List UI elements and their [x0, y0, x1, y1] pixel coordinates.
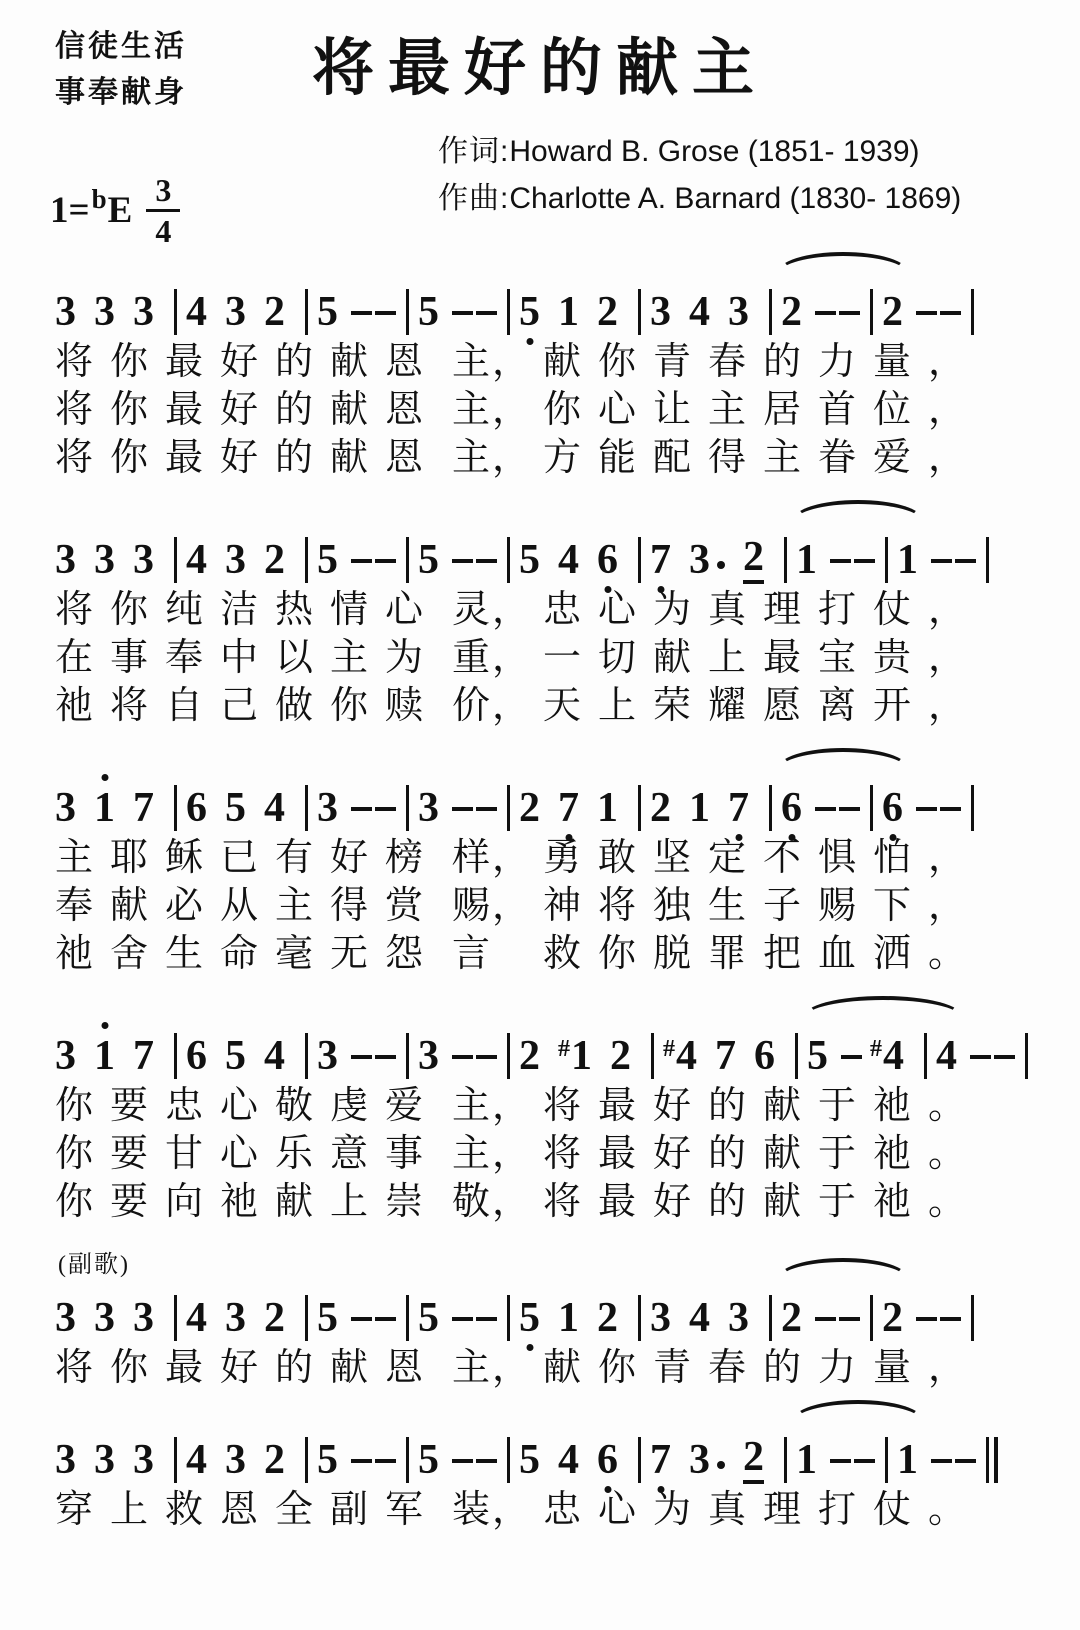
- barline: [795, 1033, 798, 1079]
- note: 1: [94, 1035, 115, 1077]
- barline: [769, 289, 772, 335]
- hymn-sheet-page: 信徒生活 事奉献身 将最好的献主 作词:Howard B. Grose (185…: [0, 0, 1080, 1630]
- lyric-row: 将你最好的献恩主，献你青春的力量，: [0, 1344, 1080, 1392]
- duration-dash: [375, 807, 396, 811]
- note: 1: [94, 787, 115, 829]
- note: 7: [650, 539, 671, 581]
- duration-dash: [452, 1055, 473, 1059]
- lyric-row: 你要甘心乐意事主，将最好的献于祂。: [0, 1130, 1080, 1178]
- barline: [406, 1437, 409, 1483]
- barline: [174, 537, 177, 583]
- lyrics-block: 将你纯洁热情心灵，忠心为真理打仗，在事奉中以主为重，一切献上最宝贵，祂将自己做你…: [0, 586, 1080, 730]
- lyric-cell: 将最好的献于祂。: [543, 1082, 983, 1130]
- lyric-cell: 方能配得主眷爱，: [543, 434, 983, 482]
- duration-dash: [931, 1459, 952, 1463]
- note: 5: [519, 291, 540, 333]
- duration-dash: [815, 1317, 836, 1321]
- barline: [507, 537, 510, 583]
- note: 3: [418, 1035, 439, 1077]
- note: 6: [186, 787, 207, 829]
- note: 2: [264, 1297, 285, 1339]
- lyric-cell: 忠心为真理打仗。: [543, 1486, 983, 1534]
- duration-dash: [452, 559, 473, 563]
- lyric-row: 将你最好的献恩主，方能配得主眷爱，: [0, 434, 1080, 482]
- lyricist-line: 作词:Howard B. Grose (1851- 1939): [438, 128, 961, 175]
- duration-dash: [970, 1055, 991, 1059]
- note: 1: [558, 1297, 579, 1339]
- barline: [406, 1033, 409, 1079]
- note: 3: [94, 291, 115, 333]
- note: 2: [882, 291, 903, 333]
- score: 3334325551234322将你最好的献恩主，献你青春的力量，将你最好的献恩…: [0, 252, 1080, 1534]
- lyric-cell: 神将独生子赐下，: [543, 882, 983, 930]
- barline: [174, 785, 177, 831]
- note: 3: [55, 1035, 76, 1077]
- note: 6: [597, 539, 618, 581]
- barline: [406, 785, 409, 831]
- barline: [174, 1295, 177, 1341]
- note: 7: [133, 1035, 154, 1077]
- barline: [638, 289, 641, 335]
- note: 3: [55, 1297, 76, 1339]
- lyric-cell: 价，: [452, 682, 532, 730]
- music-line: 3334325551234322: [55, 252, 1080, 338]
- lyric-cell: 主，: [452, 338, 532, 386]
- lyric-cell: 你要甘心乐意事: [55, 1130, 440, 1178]
- lyrics-block: 将你最好的献恩主，献你青春的力量，将你最好的献恩主，你心让主居首位，将你最好的献…: [0, 338, 1080, 482]
- composer-line: 作曲:Charlotte A. Barnard (1830- 1869): [438, 175, 961, 222]
- lyric-cell: 穿上救恩全副军: [55, 1486, 440, 1534]
- duration-dash: [815, 311, 836, 315]
- sharp-icon: #: [663, 1036, 675, 1062]
- note: 5: [317, 1297, 338, 1339]
- duration-dash: [452, 1459, 473, 1463]
- note: 6: [882, 787, 903, 829]
- tie-arc: [777, 748, 909, 790]
- lyricist-name: Howard B. Grose (1851- 1939): [509, 135, 919, 168]
- note: 2: [743, 1436, 764, 1484]
- category-line-1: 信徒生活: [55, 24, 187, 70]
- barline: [406, 537, 409, 583]
- barline: [784, 1437, 787, 1483]
- note: 3: [317, 1035, 338, 1077]
- note: 3: [94, 1439, 115, 1481]
- score-section: 317654332#12#4765#44你要忠心敬虔爱主，将最好的献于祂。你要甘…: [0, 996, 1080, 1226]
- lyric-cell: 祂舍生命毫无怨: [55, 930, 440, 978]
- duration-dash: [351, 559, 372, 563]
- barline: [870, 785, 873, 831]
- barline: [406, 1295, 409, 1341]
- duration-dash: [351, 311, 372, 315]
- note: 3: [133, 1439, 154, 1481]
- lyric-row: 你要忠心敬虔爱主，将最好的献于祂。: [0, 1082, 1080, 1130]
- note: 5: [225, 1035, 246, 1077]
- flat-accidental: b: [92, 184, 107, 215]
- composer-name: Charlotte A. Barnard (1830- 1869): [509, 182, 961, 215]
- lyric-cell: 在事奉中以主为: [55, 634, 440, 682]
- note: #4: [663, 1035, 697, 1077]
- key-signature: 1=bE 3 4: [50, 172, 180, 249]
- duration-dash: [476, 559, 497, 563]
- note: 6: [781, 787, 802, 829]
- lyrics-block: 将你最好的献恩主，献你青春的力量，: [0, 1344, 1080, 1392]
- barline: [507, 1437, 510, 1483]
- lyric-cell: 将你最好的献恩: [55, 386, 440, 434]
- note: 1: [897, 539, 918, 581]
- lyrics-block: 穿上救恩全副军装，忠心为真理打仗。: [0, 1486, 1080, 1534]
- lyric-row: 将你纯洁热情心灵，忠心为真理打仗，: [0, 586, 1080, 634]
- note: 3: [94, 539, 115, 581]
- duration-dash: [854, 1459, 875, 1463]
- duration-dash: [375, 1317, 396, 1321]
- note: 5: [418, 539, 439, 581]
- lyric-row: 在事奉中以主为重，一切献上最宝贵，: [0, 634, 1080, 682]
- note: 3: [55, 291, 76, 333]
- barline: [305, 1295, 308, 1341]
- note: 3: [55, 787, 76, 829]
- time-signature-numerator: 3: [146, 172, 180, 212]
- note: 7: [650, 1439, 671, 1481]
- barline: [305, 289, 308, 335]
- note: 6: [186, 1035, 207, 1077]
- lyric-cell: 一切献上最宝贵，: [543, 634, 983, 682]
- note: 3: [317, 787, 338, 829]
- note: 5: [317, 291, 338, 333]
- note: 3: [650, 1297, 671, 1339]
- lyric-cell: 装，: [452, 1486, 532, 1534]
- duration-dash: [351, 807, 372, 811]
- note: 5: [317, 1439, 338, 1481]
- note: 2: [882, 1297, 903, 1339]
- duration-dash: [476, 1055, 497, 1059]
- lyric-cell: 将你最好的献恩: [55, 338, 440, 386]
- lyric-cell: 将你纯洁热情心: [55, 586, 440, 634]
- barline: [174, 1437, 177, 1483]
- music-line: 3334325554673211: [55, 500, 1080, 586]
- lyric-cell: 样，: [452, 834, 532, 882]
- barline: [971, 1295, 974, 1341]
- duration-dash: [375, 559, 396, 563]
- lyric-cell: 将最好的献于祂。: [543, 1130, 983, 1178]
- composer-label: 作曲:: [438, 182, 509, 215]
- music-line: 3334325551234322: [55, 1258, 1080, 1344]
- lyric-cell: 主，: [452, 1130, 532, 1178]
- note: 3: [133, 291, 154, 333]
- duration-dash: [815, 807, 836, 811]
- lyrics-block: 主耶稣已有好榜样，勇敢坚定不惧怕，奉献必从主得赏赐，神将独生子赐下，祂舍生命毫无…: [0, 834, 1080, 978]
- music-line: 3176543327121766: [55, 748, 1080, 834]
- note: 4: [186, 539, 207, 581]
- duration-dash: [841, 1055, 862, 1059]
- note: 2: [610, 1035, 631, 1077]
- note: 4: [186, 291, 207, 333]
- note: 5: [807, 1035, 828, 1077]
- note: 1: [558, 291, 579, 333]
- tie-arc: [777, 1258, 909, 1300]
- lyric-row: 将你最好的献恩主，你心让主居首位，: [0, 386, 1080, 434]
- lyric-cell: 你心让主居首位，: [543, 386, 983, 434]
- tie-arc: [777, 252, 909, 294]
- barline: [769, 785, 772, 831]
- duration-dash: [351, 1317, 372, 1321]
- lyric-row: 祂舍生命毫无怨言救你脱罪把血洒。: [0, 930, 1080, 978]
- note: 1: [597, 787, 618, 829]
- note: 4: [558, 539, 579, 581]
- barline: [870, 289, 873, 335]
- note: 4: [689, 291, 710, 333]
- score-section: 3334325551234322将你最好的献恩主，献你青春的力量，将你最好的献恩…: [0, 252, 1080, 482]
- barline: [507, 785, 510, 831]
- note: 1: [796, 1439, 817, 1481]
- key-note: E: [108, 189, 133, 232]
- barline: [986, 537, 989, 583]
- score-section: 3334325554673211穿上救恩全副军装，忠心为真理打仗。: [0, 1400, 1080, 1534]
- duration-dash: [940, 807, 961, 811]
- lyric-row: 主耶稣已有好榜样，勇敢坚定不惧怕，: [0, 834, 1080, 882]
- barline: [406, 289, 409, 335]
- barline: [638, 537, 641, 583]
- sharp-icon: #: [558, 1036, 570, 1062]
- note: 3: [650, 291, 671, 333]
- lyric-cell: 你要忠心敬虔爱: [55, 1082, 440, 1130]
- note: 2: [264, 539, 285, 581]
- note: 1: [689, 787, 710, 829]
- note: 2: [597, 291, 618, 333]
- lyric-cell: 赐，: [452, 882, 532, 930]
- duration-dash: [994, 1055, 1015, 1059]
- note: 5: [519, 1297, 540, 1339]
- note: 3: [728, 1297, 749, 1339]
- credits-block: 作词:Howard B. Grose (1851- 1939) 作曲:Charl…: [438, 128, 961, 222]
- note: 7: [133, 787, 154, 829]
- duration-dash: [476, 1317, 497, 1321]
- lyric-cell: 言: [452, 930, 492, 978]
- barline: [507, 1033, 510, 1079]
- score-section: 3334325554673211将你纯洁热情心灵，忠心为真理打仗，在事奉中以主为…: [0, 500, 1080, 730]
- augmentation-dot: [717, 1461, 725, 1469]
- note: 7: [715, 1035, 736, 1077]
- note: 3: [94, 1297, 115, 1339]
- note: #1: [558, 1035, 592, 1077]
- duration-dash: [955, 559, 976, 563]
- music-line: 3334325554673211: [55, 1400, 1080, 1486]
- note: 3: [55, 1439, 76, 1481]
- note: 3: [133, 539, 154, 581]
- barline: [885, 537, 888, 583]
- note: 4: [936, 1035, 957, 1077]
- final-barline: [986, 1437, 998, 1483]
- lyrics-block: 你要忠心敬虔爱主，将最好的献于祂。你要甘心乐意事主，将最好的献于祂。你要向祂献上…: [0, 1082, 1080, 1226]
- lyric-row: 奉献必从主得赏赐，神将独生子赐下，: [0, 882, 1080, 930]
- sharp-icon: #: [870, 1036, 882, 1062]
- barline: [870, 1295, 873, 1341]
- duration-dash: [940, 311, 961, 315]
- time-signature: 3 4: [146, 172, 180, 249]
- barline: [651, 1033, 654, 1079]
- duration-dash: [830, 559, 851, 563]
- note: 5: [418, 1297, 439, 1339]
- barline: [924, 1033, 927, 1079]
- duration-dash: [351, 1055, 372, 1059]
- lyric-cell: 将你最好的献恩: [55, 434, 440, 482]
- note: 3: [728, 291, 749, 333]
- barline: [174, 289, 177, 335]
- lyric-cell: 主，: [452, 386, 532, 434]
- note: 2: [743, 536, 764, 584]
- duration-dash: [955, 1459, 976, 1463]
- barline: [638, 1295, 641, 1341]
- duration-dash: [916, 311, 937, 315]
- duration-dash: [375, 1459, 396, 1463]
- lyric-cell: 救你脱罪把血洒。: [543, 930, 983, 978]
- note: 3: [133, 1297, 154, 1339]
- sheet-header: 信徒生活 事奉献身 将最好的献主 作词:Howard B. Grose (185…: [0, 0, 1080, 252]
- note: 5: [418, 291, 439, 333]
- lyric-row: 将你最好的献恩主，献你青春的力量，: [0, 338, 1080, 386]
- lyric-cell: 勇敢坚定不惧怕，: [543, 834, 983, 882]
- barline: [507, 289, 510, 335]
- barline: [885, 1437, 888, 1483]
- lyric-cell: 将最好的献于祂。: [543, 1178, 983, 1226]
- note: 3: [689, 1439, 725, 1481]
- barline: [784, 537, 787, 583]
- note: 2: [264, 291, 285, 333]
- note: 5: [317, 539, 338, 581]
- duration-dash: [830, 1459, 851, 1463]
- duration-dash: [854, 559, 875, 563]
- lyric-cell: 献你青春的力量，: [543, 1344, 983, 1392]
- note: 3: [418, 787, 439, 829]
- note: 5: [519, 1439, 540, 1481]
- lyric-row: 你要向祂献上崇敬，将最好的献于祂。: [0, 1178, 1080, 1226]
- lyric-cell: 主，: [452, 434, 532, 482]
- lyric-cell: 主，: [452, 1082, 532, 1130]
- note: 1: [796, 539, 817, 581]
- note: 7: [728, 787, 749, 829]
- note: 3: [225, 539, 246, 581]
- note: 2: [781, 1297, 802, 1339]
- duration-dash: [931, 559, 952, 563]
- note: 7: [558, 787, 579, 829]
- lyric-cell: 将你最好的献恩: [55, 1344, 440, 1392]
- score-section: 3176543327121766主耶稣已有好榜样，勇敢坚定不惧怕，奉献必从主得赏…: [0, 748, 1080, 978]
- note: 2: [519, 1035, 540, 1077]
- duration-dash: [476, 311, 497, 315]
- note: 3: [225, 1439, 246, 1481]
- note: 2: [650, 787, 671, 829]
- barline: [1025, 1033, 1028, 1079]
- tie-arc: [792, 1400, 924, 1442]
- note: 3: [55, 539, 76, 581]
- score-section: (副歌)3334325551234322将你最好的献恩主，献你青春的力量，: [0, 1244, 1080, 1392]
- note: 4: [186, 1439, 207, 1481]
- barline: [305, 537, 308, 583]
- note: 2: [597, 1297, 618, 1339]
- lyricist-label: 作词:: [438, 135, 509, 168]
- lyric-row: 穿上救恩全副军装，忠心为真理打仗。: [0, 1486, 1080, 1534]
- lyric-cell: 主耶稣已有好榜: [55, 834, 440, 882]
- lyric-cell: 祂将自己做你赎: [55, 682, 440, 730]
- note: 6: [597, 1439, 618, 1481]
- note: 2: [264, 1439, 285, 1481]
- duration-dash: [452, 311, 473, 315]
- barline: [305, 1437, 308, 1483]
- duration-dash: [375, 311, 396, 315]
- note: 1: [897, 1439, 918, 1481]
- key-prefix: 1=: [50, 189, 90, 232]
- duration-dash: [839, 807, 860, 811]
- lyric-cell: 灵，: [452, 586, 532, 634]
- music-line: 317654332#12#4765#44: [55, 996, 1080, 1082]
- note: 2: [781, 291, 802, 333]
- duration-dash: [940, 1317, 961, 1321]
- lyric-cell: 重，: [452, 634, 532, 682]
- barline: [305, 785, 308, 831]
- lyric-row: 祂将自己做你赎价，天上荣耀愿离开，: [0, 682, 1080, 730]
- note: 5: [418, 1439, 439, 1481]
- tie-arc: [803, 996, 963, 1038]
- lyric-cell: 主，: [452, 1344, 532, 1392]
- duration-dash: [916, 807, 937, 811]
- barline: [507, 1295, 510, 1341]
- lyric-cell: 你要向祂献上崇: [55, 1178, 440, 1226]
- note: 3: [225, 291, 246, 333]
- barline: [971, 785, 974, 831]
- duration-dash: [452, 1317, 473, 1321]
- barline: [174, 1033, 177, 1079]
- lyric-cell: 献你青春的力量，: [543, 338, 983, 386]
- category-line-2: 事奉献身: [55, 70, 187, 116]
- barline: [971, 289, 974, 335]
- duration-dash: [839, 311, 860, 315]
- note: 4: [264, 1035, 285, 1077]
- lyric-cell: 敬，: [452, 1178, 532, 1226]
- note: 5: [225, 787, 246, 829]
- note: 6: [754, 1035, 775, 1077]
- duration-dash: [351, 1459, 372, 1463]
- category-heading: 信徒生活 事奉献身: [55, 24, 187, 116]
- barline: [638, 1437, 641, 1483]
- lyric-cell: 天上荣耀愿离开，: [543, 682, 983, 730]
- tie-arc: [792, 500, 924, 542]
- barline: [305, 1033, 308, 1079]
- duration-dash: [476, 1459, 497, 1463]
- note: 4: [186, 1297, 207, 1339]
- lyric-cell: 忠心为真理打仗，: [543, 586, 983, 634]
- duration-dash: [476, 807, 497, 811]
- augmentation-dot: [717, 561, 725, 569]
- duration-dash: [375, 1055, 396, 1059]
- note: 2: [519, 787, 540, 829]
- note: 5: [519, 539, 540, 581]
- duration-dash: [916, 1317, 937, 1321]
- time-signature-denominator: 4: [155, 212, 171, 249]
- note: 3: [225, 1297, 246, 1339]
- hymn-title: 将最好的献主: [312, 18, 768, 107]
- duration-dash: [452, 807, 473, 811]
- note: 4: [689, 1297, 710, 1339]
- note: 4: [558, 1439, 579, 1481]
- note: 3: [689, 539, 725, 581]
- barline: [638, 785, 641, 831]
- barline: [769, 1295, 772, 1341]
- duration-dash: [839, 1317, 860, 1321]
- note: 4: [264, 787, 285, 829]
- lyric-cell: 奉献必从主得赏: [55, 882, 440, 930]
- note: #4: [870, 1035, 904, 1077]
